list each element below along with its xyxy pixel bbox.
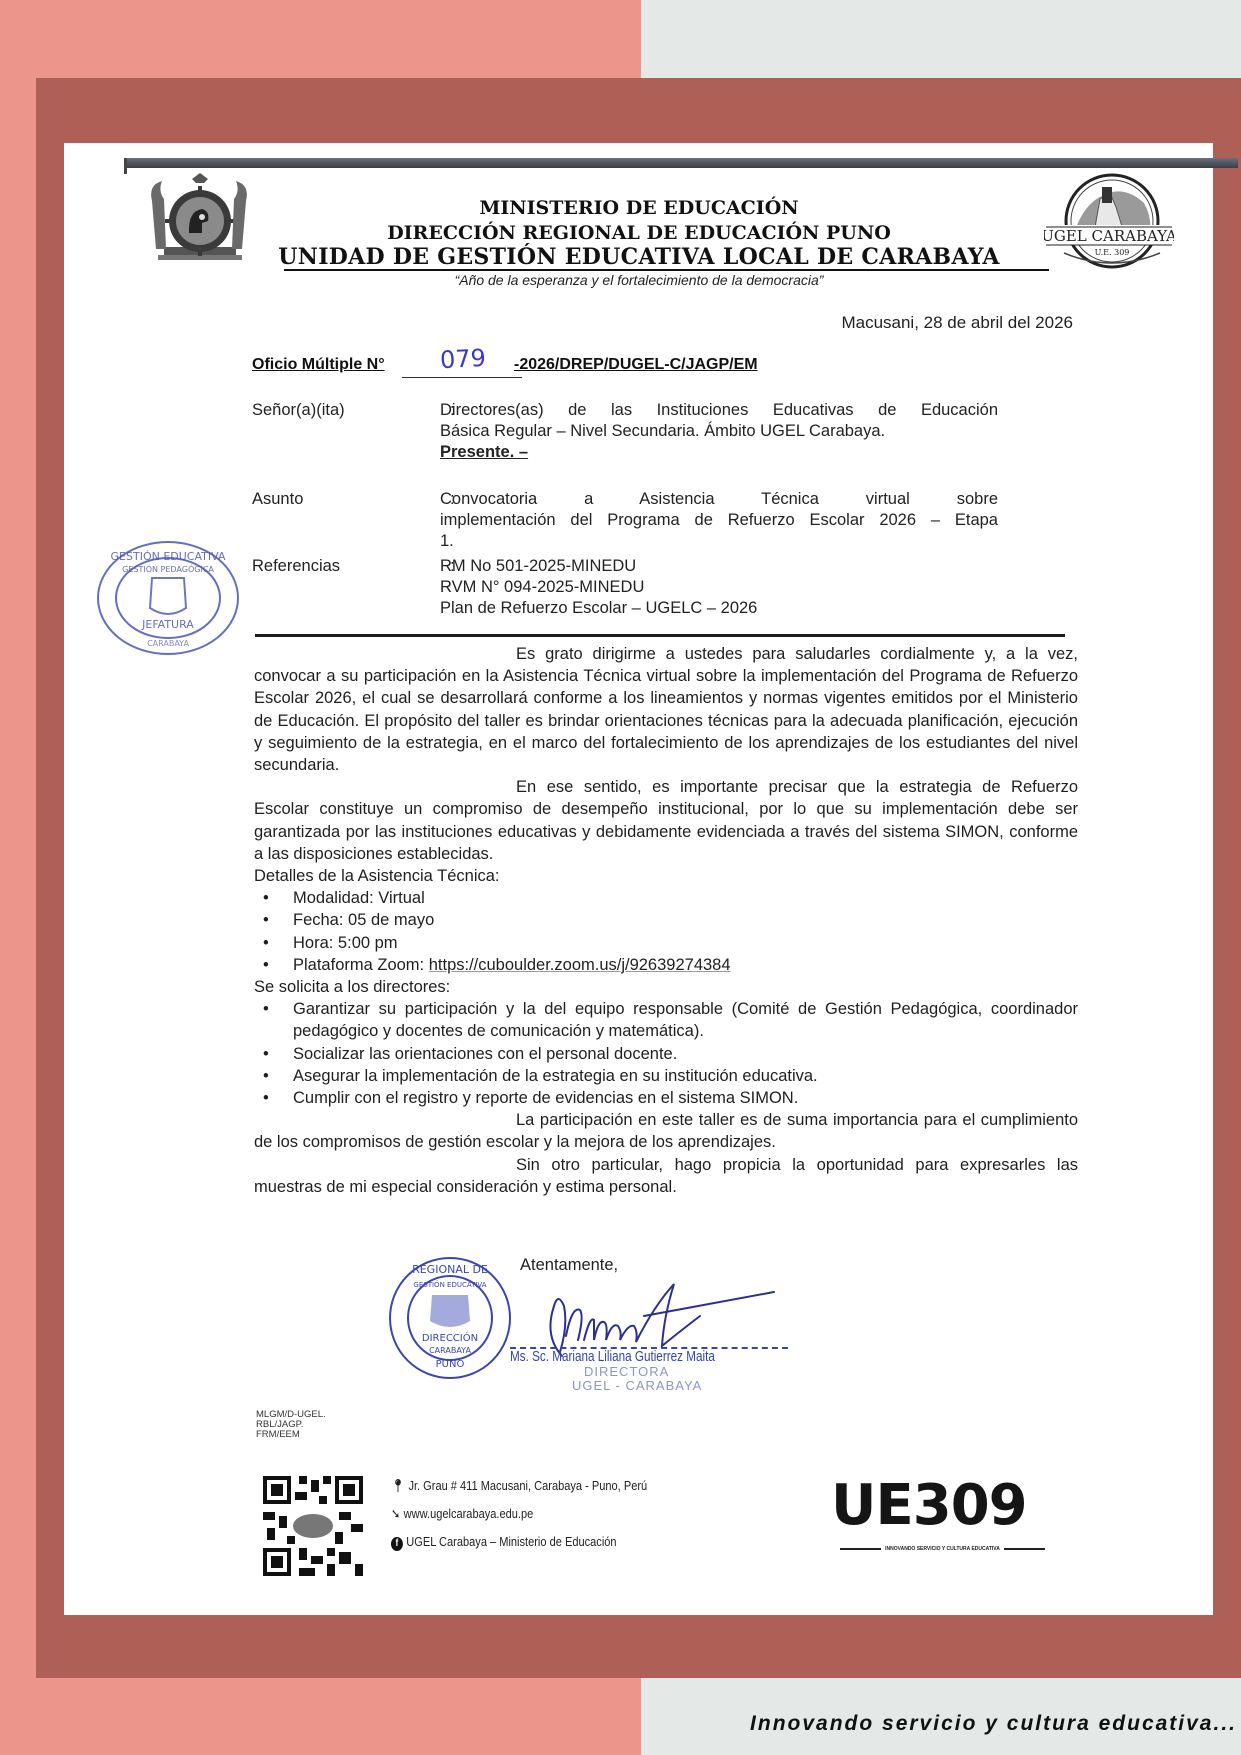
requests-title: Se solicita a los directores:: [254, 976, 1078, 998]
ugel-carabaya-logo: UGEL CARABAYA U.E. 309: [1044, 173, 1174, 273]
reference-item: RVM N° 094-2025-MINEDU: [440, 577, 998, 598]
body-paragraph-2: En ese sentido, es importante precisar q…: [254, 776, 1078, 865]
body-paragraph-4: Sin otro particular, hago propicia la op…: [254, 1154, 1078, 1198]
map-pin-icon: 📍︎: [391, 1478, 405, 1494]
svg-text:CARABAYA: CARABAYA: [147, 639, 189, 648]
details-item: •Fecha: 05 de mayo: [293, 909, 1078, 931]
header-ministry: MINISTERIO DE EDUCACIÓN: [254, 197, 1024, 219]
subject-line: 1.: [440, 531, 998, 552]
direccion-stamp: REGIONAL DE GESTIÓN EDUCATIVA DIRECCIÓN …: [380, 1255, 520, 1381]
presente-text: Presente. –: [440, 443, 528, 461]
header-ugel: UNIDAD DE GESTIÓN EDUCATIVA LOCAL DE CAR…: [254, 244, 1024, 270]
letter-date: Macusani, 28 de abril del 2026: [841, 313, 1073, 333]
body-paragraph-1: Es grato dirigirme a ustedes para saluda…: [254, 643, 1078, 776]
subject-value: Convocatoria a Asistencia Técnica virtua…: [707, 489, 1241, 552]
request-item: •Cumplir con el registro y reporte de ev…: [293, 1087, 1078, 1109]
recipient-line: Básica Regular – Nivel Secundaria. Ámbit…: [440, 421, 998, 442]
signatory-role: DIRECTORA: [584, 1364, 669, 1379]
oficio-number-line: [402, 377, 522, 378]
header-underline: [284, 269, 1049, 271]
closing-text: Atentamente,: [520, 1256, 618, 1275]
details-list: •Modalidad: Virtual •Fecha: 05 de mayo •…: [254, 887, 1078, 976]
reference-item: RM No 501-2025-MINEDU: [440, 556, 998, 577]
references-label: Referencias: [252, 556, 340, 577]
recipient-value: Directores(as) de las Instituciones Educ…: [707, 400, 1241, 463]
header-rule: [124, 158, 1238, 168]
background-pink-bottom: [0, 1678, 641, 1755]
references-value: RM No 501-2025-MINEDU RVM N° 094-2025-MI…: [707, 556, 1241, 619]
svg-text:CARABAYA: CARABAYA: [429, 1346, 471, 1355]
details-item: •Hora: 5:00 pm: [293, 932, 1078, 954]
footer-address: 📍︎Jr. Grau # 411 Macusani, Carabaya - Pu…: [391, 1478, 647, 1494]
recipient-line: Directores(as) de las Instituciones Educ…: [440, 400, 998, 421]
facebook-icon: f: [391, 1537, 403, 1551]
section-separator: [255, 634, 1065, 637]
svg-text:U.E. 309: U.E. 309: [1095, 248, 1130, 257]
svg-text:REGIONAL DE: REGIONAL DE: [412, 1263, 488, 1276]
ue309-logo-subtitle: INNOVANDO SERVICIO Y CULTURA EDUCATIVA: [840, 1546, 1045, 1552]
svg-text:GESTIÓN EDUCATIVA: GESTIÓN EDUCATIVA: [413, 1280, 486, 1289]
jefatura-stamp: GESTIÓN EDUCATIVA GESTIÓN PEDAGÓGICA JEF…: [94, 538, 242, 656]
oficio-label: Oficio Múltiple N°: [252, 356, 385, 374]
ue309-logo: UE309: [831, 1473, 1027, 1538]
svg-text:GESTIÓN PEDAGÓGICA: GESTIÓN PEDAGÓGICA: [122, 563, 214, 574]
recipient-label: Señor(a)(ita): [252, 400, 345, 421]
signatory-name: Ms. Sc. Mariana Liliana Gutierrez Maita: [510, 1348, 715, 1365]
regional-crest-icon: [144, 171, 254, 266]
year-motto: “Año de la esperanza y el fortalecimient…: [254, 272, 1024, 288]
letter-body: Es grato dirigirme a ustedes para saluda…: [254, 643, 1078, 1198]
zoom-meeting-link[interactable]: https://cuboulder.zoom.us/j/92639274384: [429, 956, 731, 974]
details-item-platform: •Plataforma Zoom: https://cuboulder.zoom…: [293, 954, 1078, 976]
subject-line: implementación del Programa de Refuerzo …: [440, 510, 998, 531]
body-paragraph-3: La participación en este taller es de su…: [254, 1109, 1078, 1153]
letter-page: MINISTERIO DE EDUCACIÓN DIRECCIÓN REGION…: [64, 143, 1213, 1615]
svg-text:DIRECCIÓN: DIRECCIÓN: [422, 1331, 478, 1344]
request-item: •Asegurar la implementación de la estrat…: [293, 1065, 1078, 1087]
qr-code-icon[interactable]: [263, 1476, 363, 1576]
details-item: •Modalidad: Virtual: [293, 887, 1078, 909]
oficio-handwritten-number: 079: [439, 344, 486, 374]
cursor-icon: ➘: [391, 1506, 400, 1522]
header-regional-direction: DIRECCIÓN REGIONAL DE EDUCACIÓN PUNO: [254, 222, 1024, 244]
request-item: •Socializar las orientaciones con el per…: [293, 1043, 1078, 1065]
svg-text:PUNO: PUNO: [436, 1359, 465, 1370]
footer-website[interactable]: ➘www.ugelcarabaya.edu.pe: [391, 1506, 533, 1522]
request-item: •Garantizar su participación y la del eq…: [293, 998, 1078, 1042]
page-tagline: Innovando servicio y cultura educativa..…: [750, 1712, 1237, 1736]
details-title: Detalles de la Asistencia Técnica:: [254, 865, 1078, 887]
reference-item: Plan de Refuerzo Escolar – UGELC – 2026: [440, 598, 998, 619]
background-pink-top: [0, 0, 641, 80]
subject-line: Convocatoria a Asistencia Técnica virtua…: [440, 489, 998, 510]
svg-text:GESTIÓN EDUCATIVA: GESTIÓN EDUCATIVA: [111, 550, 226, 563]
initials-line: FRM/EEM: [256, 1430, 326, 1440]
svg-text:UGEL CARABAYA: UGEL CARABAYA: [1044, 227, 1174, 245]
subject-label: Asunto: [252, 489, 303, 510]
footer-facebook[interactable]: fUGEL Carabaya – Ministerio de Educación: [391, 1534, 617, 1551]
header-rule-tick: [124, 158, 127, 174]
requests-list: •Garantizar su participación y la del eq…: [254, 998, 1078, 1109]
initials-block: MLGM/D-UGEL. RBL/JAGP. FRM/EEM: [256, 1410, 326, 1440]
background-pink-left: [0, 0, 36, 1755]
svg-text:JEFATURA: JEFATURA: [141, 618, 194, 631]
signatory-office: UGEL - CARABAYA: [572, 1378, 702, 1393]
background-gray-top: [641, 0, 1241, 80]
oficio-code: -2026/DREP/DUGEL-C/JAGP/EM: [514, 356, 758, 374]
